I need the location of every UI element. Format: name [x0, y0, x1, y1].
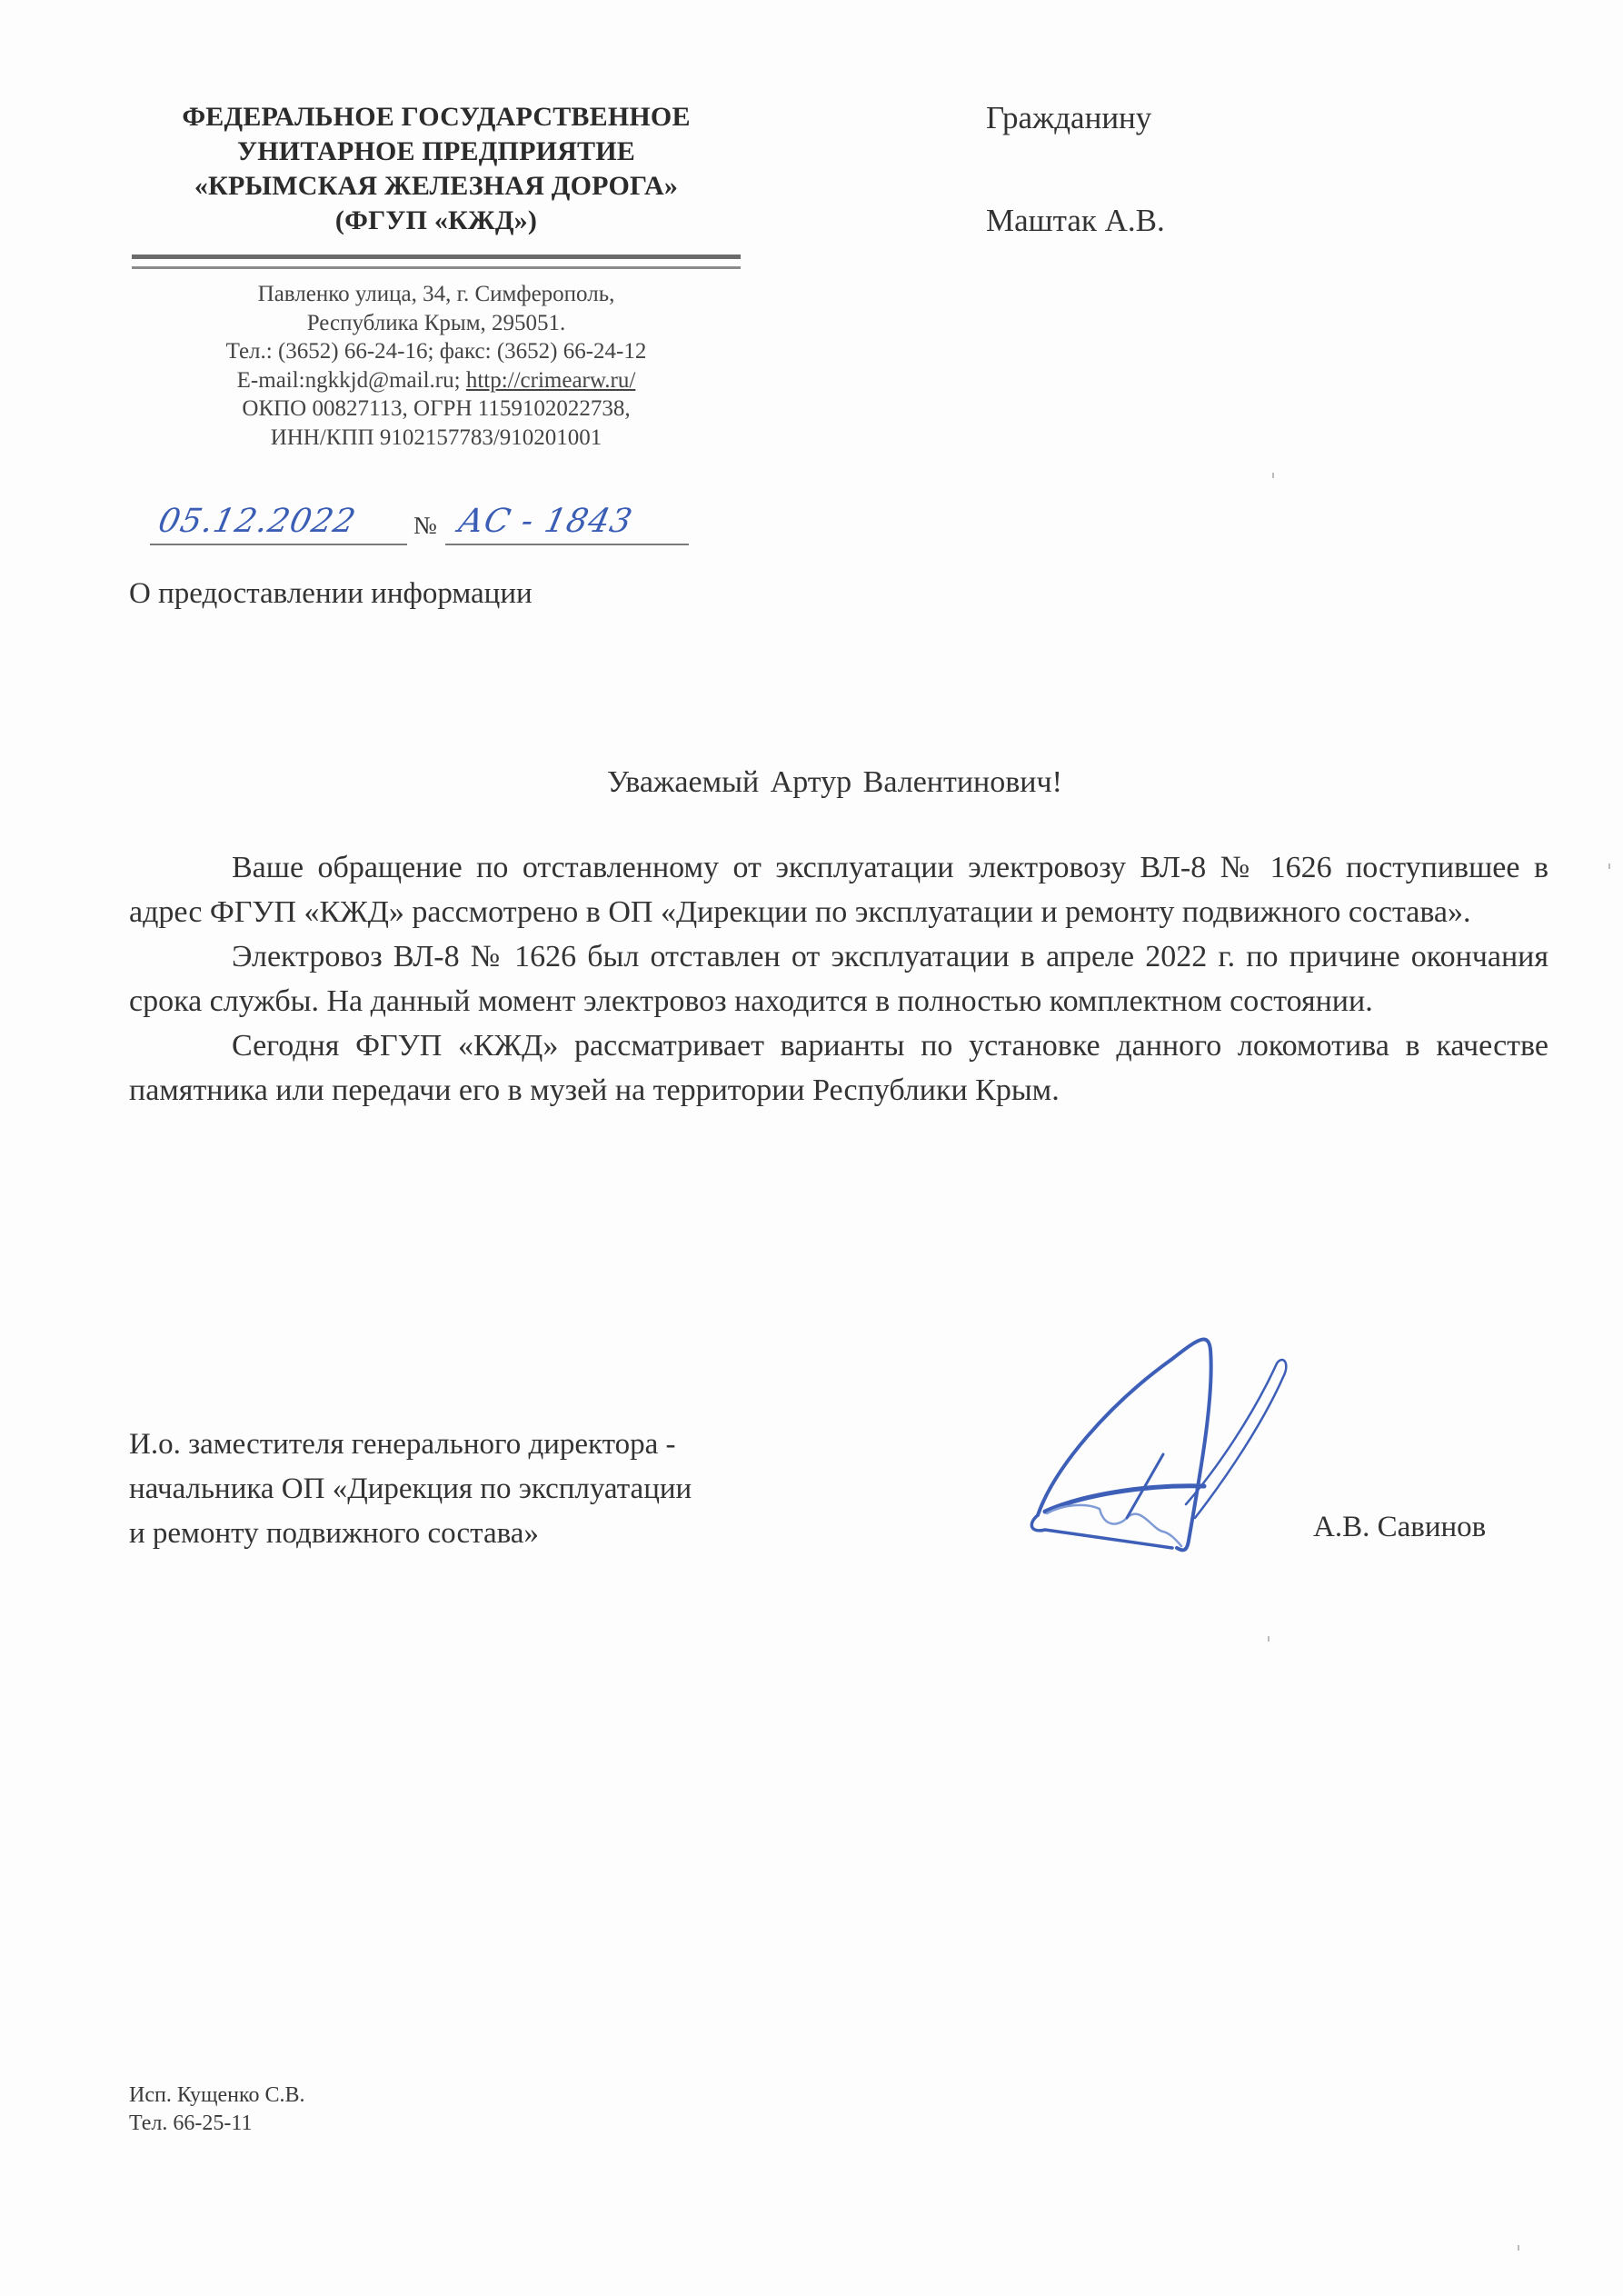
- handwritten-number: АС - 1843: [455, 503, 636, 540]
- phone-fax-line: Тел.: (3652) 66-24-16; факс: (3652) 66-2…: [127, 337, 745, 366]
- letterhead: ФЕДЕРАЛЬНОЕ ГОСУДАРСТВЕННОЕ УНИТАРНОЕ ПР…: [127, 100, 745, 452]
- org-abbreviation: (ФГУП «КЖД»): [127, 204, 745, 238]
- address-line-2: Республика Крым, 295051.: [127, 309, 745, 338]
- signatory-title-line-1: И.о. заместителя генерального директора …: [129, 1423, 874, 1467]
- date-underline: [150, 544, 407, 545]
- signer-name: А.В. Савинов: [1313, 1511, 1486, 1544]
- letterhead-rule-thin: [132, 266, 741, 269]
- executor-phone: Тел. 66-25-11: [129, 2110, 304, 2138]
- website-link[interactable]: http://crimearw.ru/: [466, 368, 636, 393]
- body-paragraph-2: Электровоз ВЛ-8 № 1626 был отставлен от …: [129, 934, 1548, 1023]
- signature-icon: [991, 1323, 1318, 1577]
- letter-subject: О предоставлении информации: [129, 577, 533, 611]
- registration-line: 05.12.2022 № АС - 1843: [150, 491, 695, 545]
- scan-speck: [1518, 2245, 1519, 2251]
- registry-line-2: ИНН/КПП 9102157783/910201001: [127, 424, 745, 453]
- email-text: E-mail:ngkkjd@mail.ru;: [237, 368, 466, 393]
- org-name-line-1: ФЕДЕРАЛЬНОЕ ГОСУДАРСТВЕННОЕ: [127, 100, 745, 135]
- signatory-title-line-3: и ремонту подвижного состава»: [129, 1512, 874, 1556]
- email-website-line: E-mail:ngkkjd@mail.ru; http://crimearw.r…: [127, 366, 745, 395]
- org-name-line-3: «КРЫМСКАЯ ЖЕЛЕЗНАЯ ДОРОГА»: [127, 169, 745, 204]
- signatory-title-line-2: начальника ОП «Дирекция по эксплуатации: [129, 1467, 874, 1512]
- handwritten-date: 05.12.2022: [155, 503, 360, 540]
- handwritten-signature: [991, 1323, 1318, 1577]
- recipient-name: Маштак А.В.: [986, 203, 1165, 239]
- scan-speck: [1608, 863, 1610, 869]
- number-sign: №: [413, 512, 437, 540]
- letter-body: Ваше обращение по отставленному от экспл…: [129, 845, 1548, 1113]
- org-name-line-2: УНИТАРНОЕ ПРЕДПРИЯТИЕ: [127, 135, 745, 169]
- recipient-line-1: Гражданину: [986, 100, 1165, 136]
- scan-speck: [1268, 1636, 1270, 1642]
- letterhead-rule-thick: [132, 255, 741, 259]
- salutation: Уважаемый Артур Валентинович!: [607, 765, 1062, 800]
- number-underline: [445, 544, 689, 545]
- scan-speck: [1272, 473, 1274, 478]
- org-address-block: Павленко улица, 34, г. Симферополь, Респ…: [127, 280, 745, 452]
- body-paragraph-1: Ваше обращение по отставленному от экспл…: [129, 845, 1548, 934]
- recipient-block: Гражданину Маштак А.В.: [986, 100, 1165, 239]
- address-line-1: Павленко улица, 34, г. Симферополь,: [127, 280, 745, 309]
- body-paragraph-3: Сегодня ФГУП «КЖД» рассматривает вариант…: [129, 1023, 1548, 1113]
- executor-name: Исп. Кущенко С.В.: [129, 2081, 304, 2110]
- registry-line-1: ОКПО 00827113, ОГРН 1159102022738,: [127, 394, 745, 424]
- executor-block: Исп. Кущенко С.В. Тел. 66-25-11: [129, 2081, 304, 2138]
- signatory-title: И.о. заместителя генерального директора …: [129, 1423, 874, 1556]
